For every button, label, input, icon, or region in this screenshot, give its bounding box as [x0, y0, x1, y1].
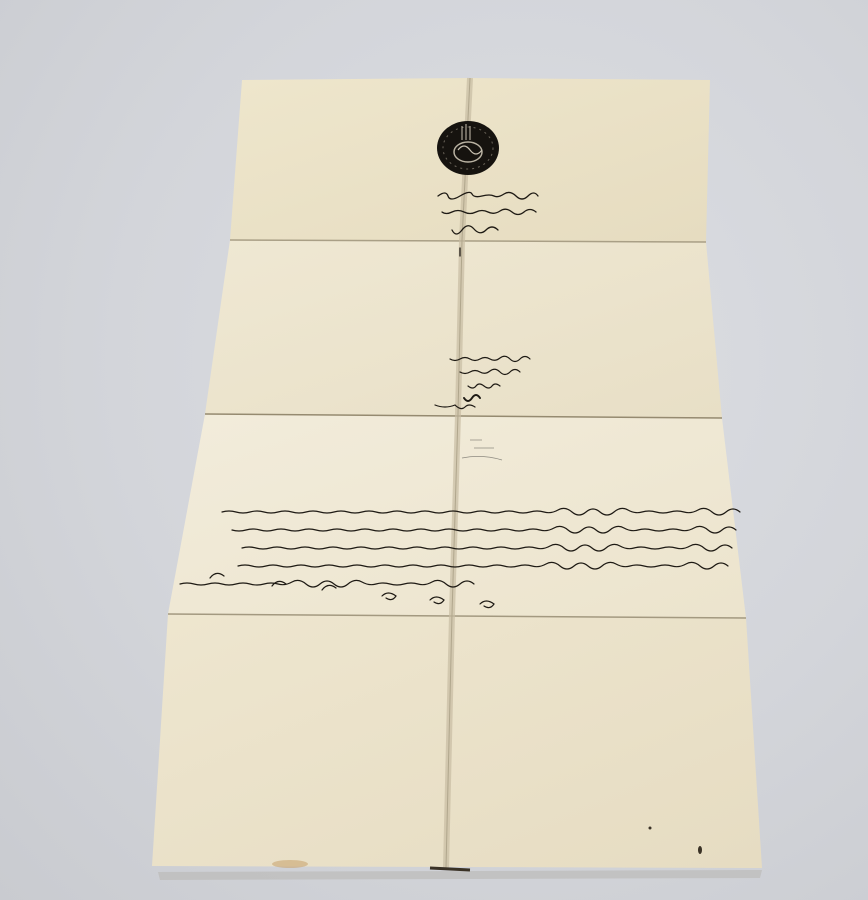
tughra-seal-icon	[437, 121, 499, 175]
document-svg	[0, 0, 868, 900]
document-photo	[0, 0, 868, 900]
panel-4	[152, 614, 762, 868]
